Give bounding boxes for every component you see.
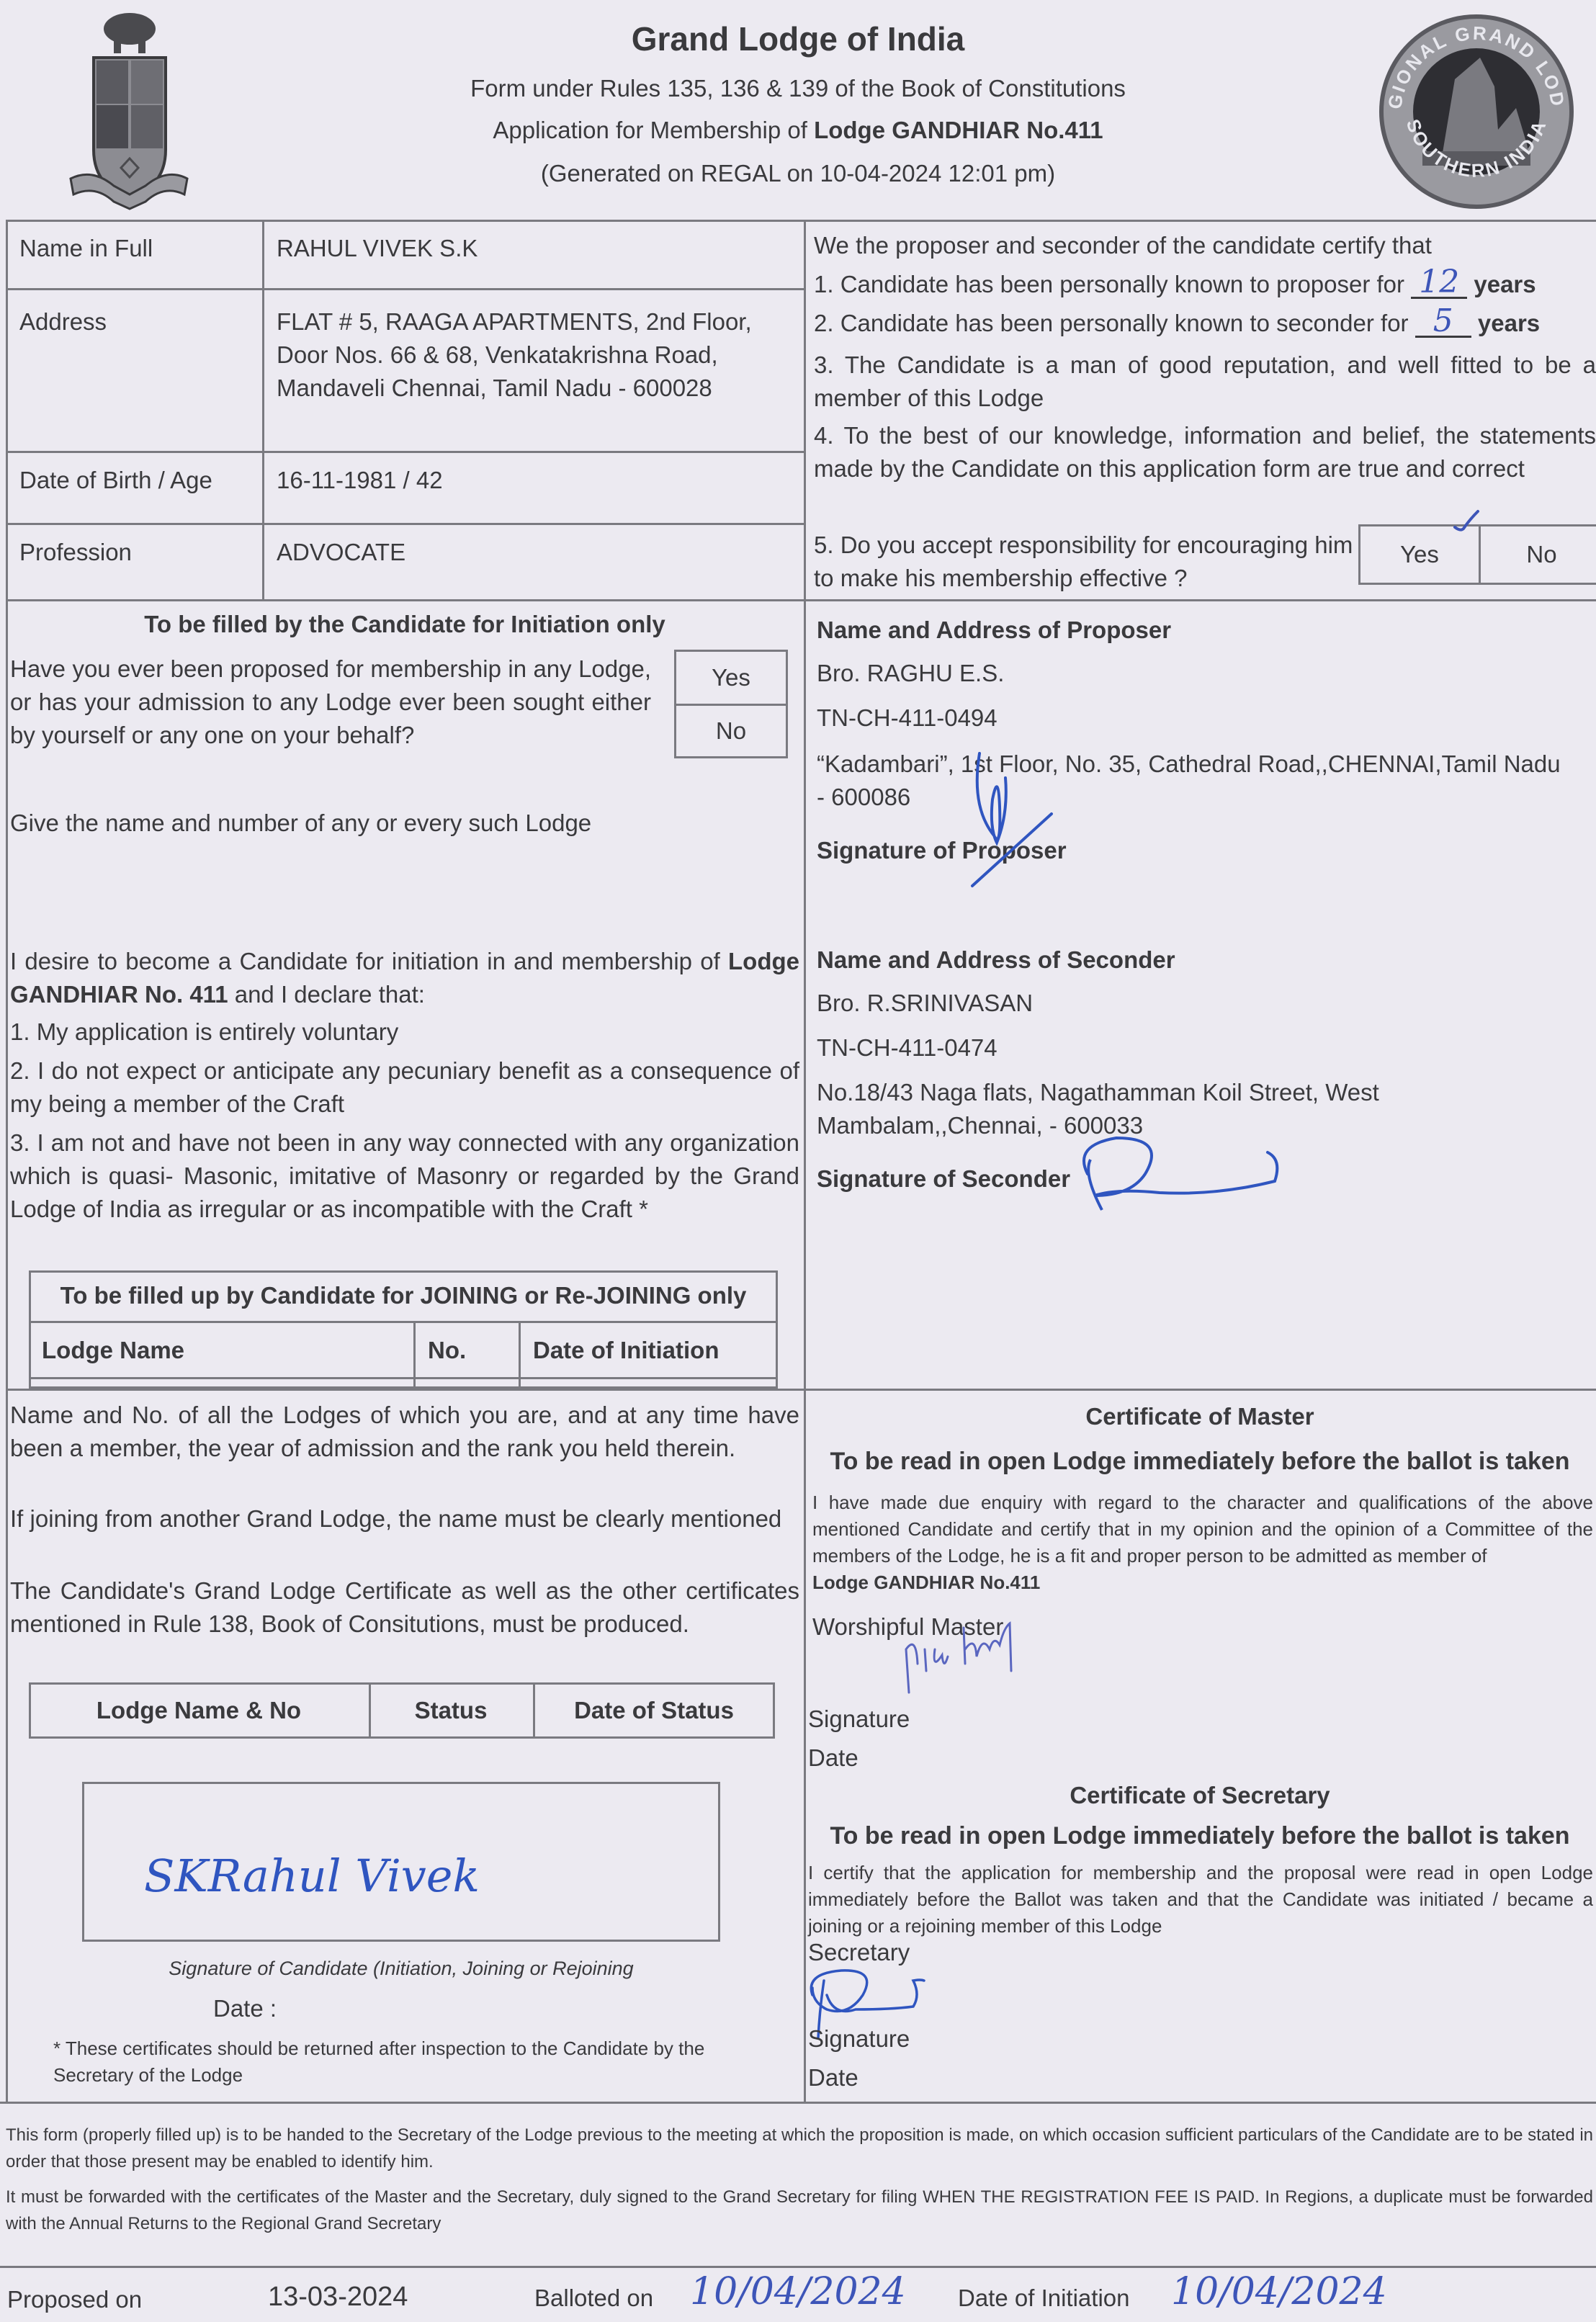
- footer-note-1: This form (properly filled up) is to be …: [6, 2122, 1593, 2175]
- initiation-date-label: Date of Initiation: [958, 2282, 1129, 2315]
- initiation-yes-label: Yes: [676, 652, 786, 704]
- certify-item-4: 4. To the best of our knowledge, informa…: [814, 419, 1596, 485]
- initiation-yes-option[interactable]: Yes: [674, 650, 788, 706]
- secretary-cert-title: Certificate of Secretary: [804, 1779, 1596, 1812]
- master-cert-title: Certificate of Master: [804, 1400, 1596, 1433]
- checkmark-icon: [1453, 510, 1482, 539]
- declaration-1: 1. My application is entirely voluntary: [10, 1016, 398, 1049]
- details-rule-3: [6, 523, 804, 525]
- proposer-address-line2: - 600086: [817, 781, 910, 814]
- proposer-address-line1: “Kadambari”, 1st Floor, No. 35, Cathedra…: [817, 748, 1561, 781]
- certify-item-1-text: 1. Candidate has been personally known t…: [814, 271, 1404, 297]
- joining-col-no: No.: [428, 1334, 466, 1367]
- grid-bottom-rule: [0, 2102, 1596, 2104]
- balloted-on-value[interactable]: 10/04/2024: [690, 2269, 906, 2315]
- declaration-suffix: and I declare that:: [228, 981, 425, 1008]
- lodges-para-2: If joining from another Grand Lodge, the…: [10, 1502, 799, 1536]
- joining-table-rule-1: [29, 1321, 778, 1323]
- application-line: Application for Membership of Lodge GAND…: [0, 114, 1596, 147]
- master-cert-subtitle: To be read in open Lodge immediately bef…: [804, 1445, 1596, 1478]
- footer-rule: [0, 2266, 1596, 2268]
- master-signature-label: Signature: [808, 1703, 910, 1736]
- certify-item-5: 5. Do you accept responsibility for enco…: [814, 529, 1361, 595]
- joining-table-heading: To be filled up by Candidate for JOINING…: [29, 1279, 778, 1312]
- label-name: Name in Full: [19, 232, 153, 265]
- generated-line: (Generated on REGAL on 10-04-2024 12:01 …: [0, 157, 1596, 190]
- initiation-heading: To be filled by the Candidate for Initia…: [6, 608, 804, 641]
- lodge-status-col-date: Date of Status: [533, 1682, 775, 1739]
- master-date-label: Date: [808, 1742, 858, 1775]
- initiation-date-value[interactable]: 10/04/2024: [1171, 2269, 1387, 2315]
- secretary-cert-body: I certify that the application for membe…: [808, 1860, 1593, 1940]
- master-cert-lodge: Lodge GANDHIAR No.411: [812, 1569, 1040, 1596]
- grid-top-rule: [6, 220, 1596, 222]
- value-dob: 16-11-1981 / 42: [277, 464, 443, 497]
- joining-table-col-1: [413, 1321, 416, 1389]
- initiation-no-option[interactable]: No: [674, 704, 788, 758]
- application-prefix: Application for Membership of: [493, 117, 814, 143]
- value-name: RAHUL VIVEK S.K: [277, 232, 478, 265]
- certify-item-1: 1. Candidate has been personally known t…: [814, 268, 1536, 301]
- grid-row-rule-2: [6, 1389, 1596, 1391]
- joining-col-lodge-name: Lodge Name: [42, 1334, 184, 1367]
- give-name-prompt: Give the name and number of any or every…: [10, 807, 591, 840]
- value-address-line2: Door Nos. 66 & 68, Venkatakrishna Road,: [277, 339, 718, 372]
- lodge-status-col-name: Lodge Name & No: [29, 1682, 369, 1739]
- grid-row-rule-1: [6, 599, 1596, 601]
- label-profession: Profession: [19, 536, 132, 569]
- certificates-footnote: * These certificates should be returned …: [53, 2035, 766, 2089]
- initiation-no-label: No: [676, 706, 786, 756]
- seconder-address-line1: No.18/43 Naga flats, Nagathamman Koil St…: [817, 1076, 1379, 1109]
- candidate-date-label: Date :: [213, 1992, 277, 2025]
- proposer-name: Bro. RAGHU E.S.: [817, 657, 1004, 690]
- joining-col-date: Date of Initiation: [533, 1334, 719, 1367]
- master-signature[interactable]: [903, 1621, 1090, 1700]
- proposed-on-label: Proposed on: [7, 2283, 142, 2316]
- application-no: No.411: [1020, 117, 1103, 143]
- joining-table-rule-2: [29, 1377, 778, 1379]
- seconder-heading: Name and Address of Seconder: [817, 943, 1175, 977]
- candidate-signature: SKRahul Vivek: [144, 1851, 480, 1901]
- label-address: Address: [19, 305, 107, 339]
- proposer-years-field[interactable]: 12: [1411, 268, 1467, 299]
- proposed-on-value: 13-03-2024: [268, 2280, 408, 2313]
- secretary-date-label: Date: [808, 2061, 858, 2094]
- page-title: Grand Lodge of India: [0, 19, 1596, 59]
- seconder-reg-no: TN-CH-411-0474: [817, 1031, 997, 1064]
- candidate-signature-caption: Signature of Candidate (Initiation, Join…: [82, 1952, 720, 1985]
- years-label: years: [1474, 271, 1536, 297]
- certify-item-2-text: 2. Candidate has been personally known t…: [814, 310, 1409, 336]
- details-divider: [262, 220, 264, 599]
- secretary-role-label: Secretary: [808, 1936, 910, 1969]
- encourage-no-option[interactable]: No: [1479, 524, 1596, 585]
- secretary-signature-label: Signature: [808, 2022, 910, 2056]
- lodges-para-1: Name and No. of all the Lodges of which …: [10, 1399, 799, 1465]
- lodge-status-col-status: Status: [369, 1682, 533, 1739]
- lodges-para-3: The Candidate's Grand Lodge Certificate …: [10, 1574, 799, 1641]
- details-rule-1: [6, 288, 804, 290]
- seconder-years-field[interactable]: 5: [1415, 307, 1471, 338]
- seconder-name: Bro. R.SRINIVASAN: [817, 987, 1033, 1020]
- initiation-question: Have you ever been proposed for membersh…: [10, 653, 651, 752]
- footer-note-2: It must be forwarded with the certificat…: [6, 2184, 1593, 2237]
- secretary-cert-subtitle: To be read in open Lodge immediately bef…: [804, 1819, 1596, 1852]
- encourage-no-label: No: [1481, 526, 1596, 583]
- certify-intro: We the proposer and seconder of the cand…: [814, 229, 1432, 262]
- certify-item-3: 3. The Candidate is a man of good reputa…: [814, 349, 1596, 415]
- value-profession: ADVOCATE: [277, 536, 405, 569]
- seconder-signature[interactable]: [1073, 1131, 1311, 1217]
- grid-left-rule: [6, 220, 8, 2102]
- proposer-reg-no: TN-CH-411-0494: [817, 701, 997, 735]
- label-dob: Date of Birth / Age: [19, 464, 212, 497]
- declaration-intro: I desire to become a Candidate for initi…: [10, 945, 799, 1011]
- seconder-signature-label: Signature of Seconder: [817, 1162, 1070, 1196]
- rules-line: Form under Rules 135, 136 & 139 of the B…: [0, 72, 1596, 105]
- regional-grand-lodge-seal-icon: REGIONAL GRAND LODGE SOUTHERN INDIA: [1372, 7, 1581, 216]
- master-cert-body: I have made due enquiry with regard to t…: [812, 1489, 1593, 1569]
- value-address-line1: FLAT # 5, RAAGA APARTMENTS, 2nd Floor,: [277, 305, 752, 339]
- declaration-2: 2. I do not expect or anticipate any pec…: [10, 1054, 799, 1121]
- proposer-heading: Name and Address of Proposer: [817, 614, 1171, 647]
- years-label: years: [1478, 310, 1540, 336]
- joining-table-col-2: [519, 1321, 521, 1389]
- proposer-signature[interactable]: [965, 749, 1073, 893]
- certify-item-2: 2. Candidate has been personally known t…: [814, 307, 1540, 340]
- declaration-3: 3. I am not and have not been in any way…: [10, 1126, 799, 1226]
- details-rule-2: [6, 451, 804, 453]
- declaration-prefix: I desire to become a Candidate for initi…: [10, 948, 728, 974]
- value-address-line3: Mandaveli Chennai, Tamil Nadu - 600028: [277, 372, 712, 405]
- balloted-on-label: Balloted on: [534, 2282, 653, 2315]
- application-lodge: Lodge GANDHIAR: [814, 117, 1020, 143]
